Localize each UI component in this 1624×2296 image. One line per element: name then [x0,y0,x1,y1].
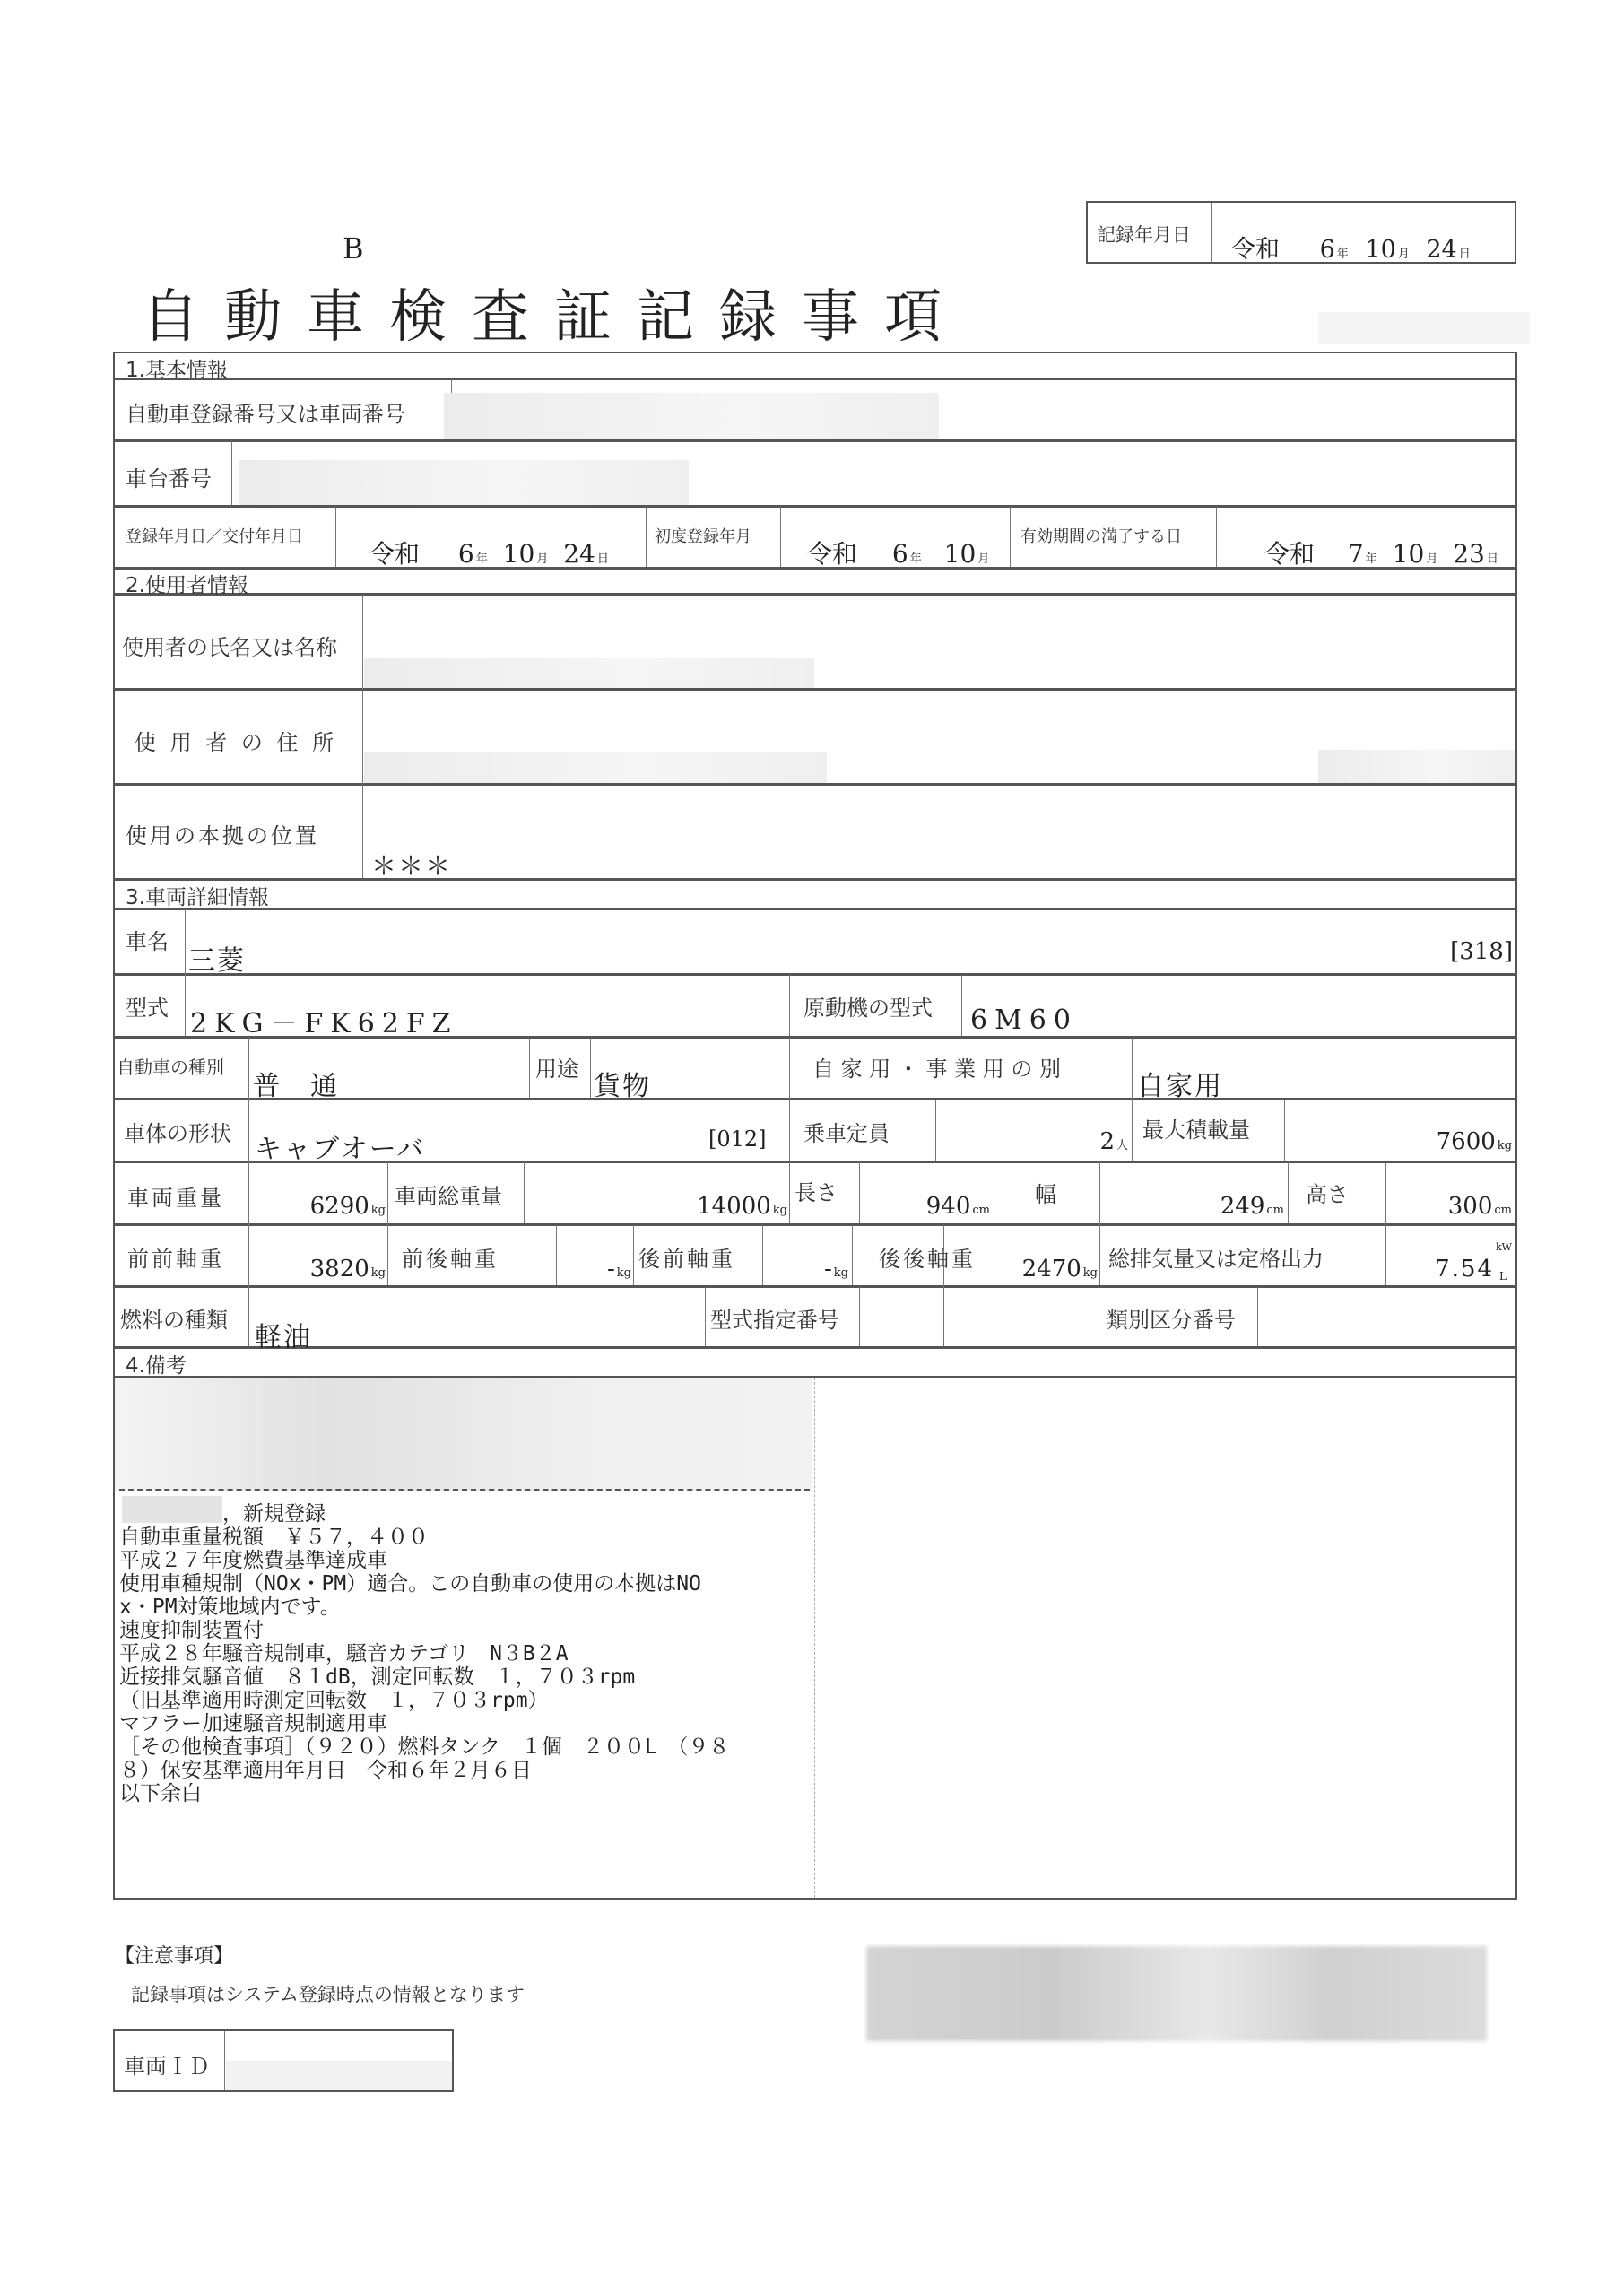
unit: 月 [977,552,989,566]
year-unit: 年 [1337,248,1349,261]
location-value: ＊＊＊ [371,847,452,883]
vehicle-id-redacted [226,2061,452,2090]
unit: kg [371,1266,386,1280]
category-label: 類別区分番号 [1107,1302,1236,1334]
body-shape-code: [012] [708,1126,767,1152]
record-date-value: 令和 6年 10月 24日 [1231,230,1471,265]
car-name-label: 車名 [126,924,169,955]
fuel-value: 軽油 [255,1315,312,1354]
remarks-line: x・PM対策地域内です。 [119,1596,729,1619]
unit: cm [1494,1204,1512,1217]
unit: kg [834,1266,848,1280]
month: 10 [1365,236,1395,264]
model-value: 2KG－FK62FZ [190,1001,458,1040]
remarks-column-divider [814,1378,815,1898]
redacted-block [1318,312,1530,344]
section-basic-info-title: 1.基本情報 [126,353,228,383]
location-label: 使用の本拠の位置 [126,818,319,849]
month: 10 [944,539,977,569]
capacity-unit: 人 [1116,1139,1128,1152]
section-remarks-title: 4.備考 [126,1349,187,1378]
unit: kg [371,1204,386,1217]
month: 10 [1393,539,1425,569]
max-load-value: 7600kg [1291,1128,1512,1155]
year: 6 [892,539,908,569]
user-name-label: 使用者の氏名又は名称 [122,630,337,661]
era: 令和 [1231,236,1280,264]
number: 14000 [697,1193,771,1220]
rr-axle-label: 後後軸重 [879,1241,976,1273]
number: 2470 [1022,1256,1081,1283]
displacement-value: 7.54 [1390,1256,1494,1283]
number: 940 [926,1193,971,1220]
day: 24 [563,539,595,569]
vehicle-id-label: 車両ＩＤ [124,2048,210,2080]
unit: cm [972,1204,990,1217]
era: 令和 [1264,539,1315,569]
unit: kg [617,1266,631,1280]
type-designation-label: 型式指定番号 [710,1302,839,1334]
section-user-info-title: 2.使用者情報 [126,569,248,598]
remarks-line: マフラー加速騒音規制適用車 [119,1712,729,1735]
max-load-label: 最大積載量 [1142,1112,1250,1144]
number: - [607,1256,615,1283]
notes-heading: 【注意事項】 [115,1941,233,1969]
record-date-box: 記録年月日 令和 6年 10月 24日 [1086,201,1516,264]
body-shape-value: キャブオーバ [255,1126,425,1166]
vehicle-id-box: 車両ＩＤ [113,2029,454,2092]
remarks-line: 平成２７年度燃費基準達成車 [119,1549,729,1572]
car-name-code: [318] [1450,938,1513,965]
unit: kg [773,1204,787,1217]
unit: kg [1083,1266,1098,1280]
unit: kg [1498,1139,1512,1152]
unit: 月 [536,552,548,566]
notes-text: 記録事項はシステム登録時点の情報となります [131,1980,525,2007]
ff-axle-label: 前前軸重 [127,1241,224,1273]
fr-axle-value: -kg [558,1256,631,1283]
year: 7 [1348,539,1364,569]
blurred-block [866,1946,1487,2041]
month: 10 [503,539,535,569]
displacement-unit-bottom: L [1499,1270,1507,1283]
remarks-line: 近接排気騒音値 ８１dB，測定回転数 １，７０３rpm [119,1665,729,1689]
unit: 月 [1426,552,1437,566]
body-shape-label: 車体の形状 [124,1116,231,1147]
number: 249 [1220,1193,1265,1220]
page-title: 自動車検査証記録事項 [142,271,967,353]
first-reg-label: 初度登録年月 [655,524,751,547]
engine-value: 6M60 [970,1004,1078,1036]
remarks-line: 自動車重量税額 ￥５７，４００ [119,1526,729,1549]
width-value: 249cm [1103,1193,1284,1220]
rf-axle-label: 後前軸重 [638,1241,735,1273]
gross-weight-value: 14000kg [529,1193,787,1220]
remarks-line: 速度抑制装置付 [119,1619,729,1642]
fr-axle-label: 前後軸重 [402,1241,499,1273]
user-address-label: 使 用 者 の 住 所 [135,725,337,756]
height-label: 高さ [1306,1177,1349,1208]
vehicle-weight-label: 車両重量 [127,1180,224,1212]
gross-weight-label: 車両総重量 [395,1178,502,1210]
capacity-number: 2 [1099,1128,1115,1155]
unit: 年 [1366,552,1377,566]
remarks-line: （旧基準適用時測定回転数 １，７０３rpm） [119,1689,729,1712]
remarks-line: 平成２８年騒音規制車，騒音カテゴリ N３B２A [119,1642,729,1665]
rf-axle-value: -kg [764,1256,848,1283]
capacity-value: 2人 [1031,1128,1128,1155]
first-reg-value: 令和 6年 10月 [807,535,989,570]
remarks-line: ８）保安基準適用年月日 令和６年２月６日 [119,1759,729,1782]
user-address-redacted [364,752,827,783]
record-date-label: 記録年月日 [1097,221,1191,248]
max-load-number: 7600 [1437,1128,1496,1155]
number: - [824,1256,832,1283]
private-business-label: 自 家 用 ・ 事 業 用 の 別 [812,1051,1061,1083]
era: 令和 [807,539,857,569]
vehicle-weight-value: 6290kg [251,1193,386,1220]
expiry-label: 有効期間の満了する日 [1020,524,1182,547]
day: 23 [1453,539,1485,569]
unit: 年 [476,552,488,566]
remarks-line: ，新規登録 [119,1502,729,1526]
height-value: 300cm [1390,1193,1512,1220]
number: 6290 [310,1193,369,1220]
month-unit: 月 [1398,248,1410,261]
variant-mark: B [343,231,364,265]
chassis-label: 車台番号 [126,461,212,492]
unit: 日 [597,552,609,566]
number: 3820 [310,1256,369,1283]
section-vehicle-detail-title: 3.車両詳細情報 [126,881,269,910]
private-business-value: 自家用 [1137,1064,1223,1103]
remarks-line: ［その他検査事項］（９２０）燃料タンク １個 ２００L （９８ [119,1735,729,1759]
reg-date-label: 登録年月日／交付年月日 [126,524,303,547]
era: 令和 [369,539,420,569]
reg-date-value: 令和 6年 10月 24日 [369,535,609,570]
length-value: 940cm [861,1193,990,1220]
user-name-redacted [364,658,814,688]
width-label: 幅 [1035,1177,1056,1208]
unit: 日 [1487,552,1498,566]
reg-number-value-redacted [444,393,939,439]
remarks-text: ，新規登録自動車重量税額 ￥５７，４００平成２７年度燃費基準達成車使用車種規制（… [119,1502,729,1805]
day: 24 [1426,236,1456,264]
remarks-line: 以下余白 [119,1782,729,1805]
remarks-redacted [115,1378,812,1491]
number: 300 [1448,1193,1493,1220]
kind-label: 自動車の種別 [117,1053,224,1079]
kind-value: 普 通 [253,1064,339,1103]
fuel-label: 燃料の種類 [120,1302,228,1334]
displacement-label: 総排気量又は定格出力 [1108,1241,1324,1273]
use-value: 貨物 [594,1064,651,1103]
engine-label: 原動機の型式 [803,990,933,1022]
year: 6 [1320,236,1335,264]
unit: 年 [910,552,922,566]
reg-number-label: 自動車登録番号又は車両番号 [126,396,405,428]
capacity-label: 乗車定員 [803,1116,890,1147]
remarks-line: 使用車種規制（NOx・PM）適合。この自動車の使用の本拠はNO [119,1572,729,1596]
chassis-value-redacted [239,460,689,505]
displacement-unit-top: kW [1496,1241,1512,1253]
ff-axle-value: 3820kg [251,1256,386,1283]
user-address-redacted-2 [1318,750,1515,783]
use-label: 用途 [535,1051,578,1083]
model-label: 型式 [126,990,169,1022]
year: 6 [458,539,474,569]
remarks-dashed-separator [119,1489,810,1491]
car-name-value: 三菱 [188,938,246,978]
unit: cm [1266,1204,1284,1217]
expiry-value: 令和 7年 10月 23日 [1264,535,1498,570]
rr-axle-value: 2470kg [994,1256,1098,1283]
day-unit: 日 [1459,248,1471,261]
length-label: 長さ [795,1175,838,1206]
